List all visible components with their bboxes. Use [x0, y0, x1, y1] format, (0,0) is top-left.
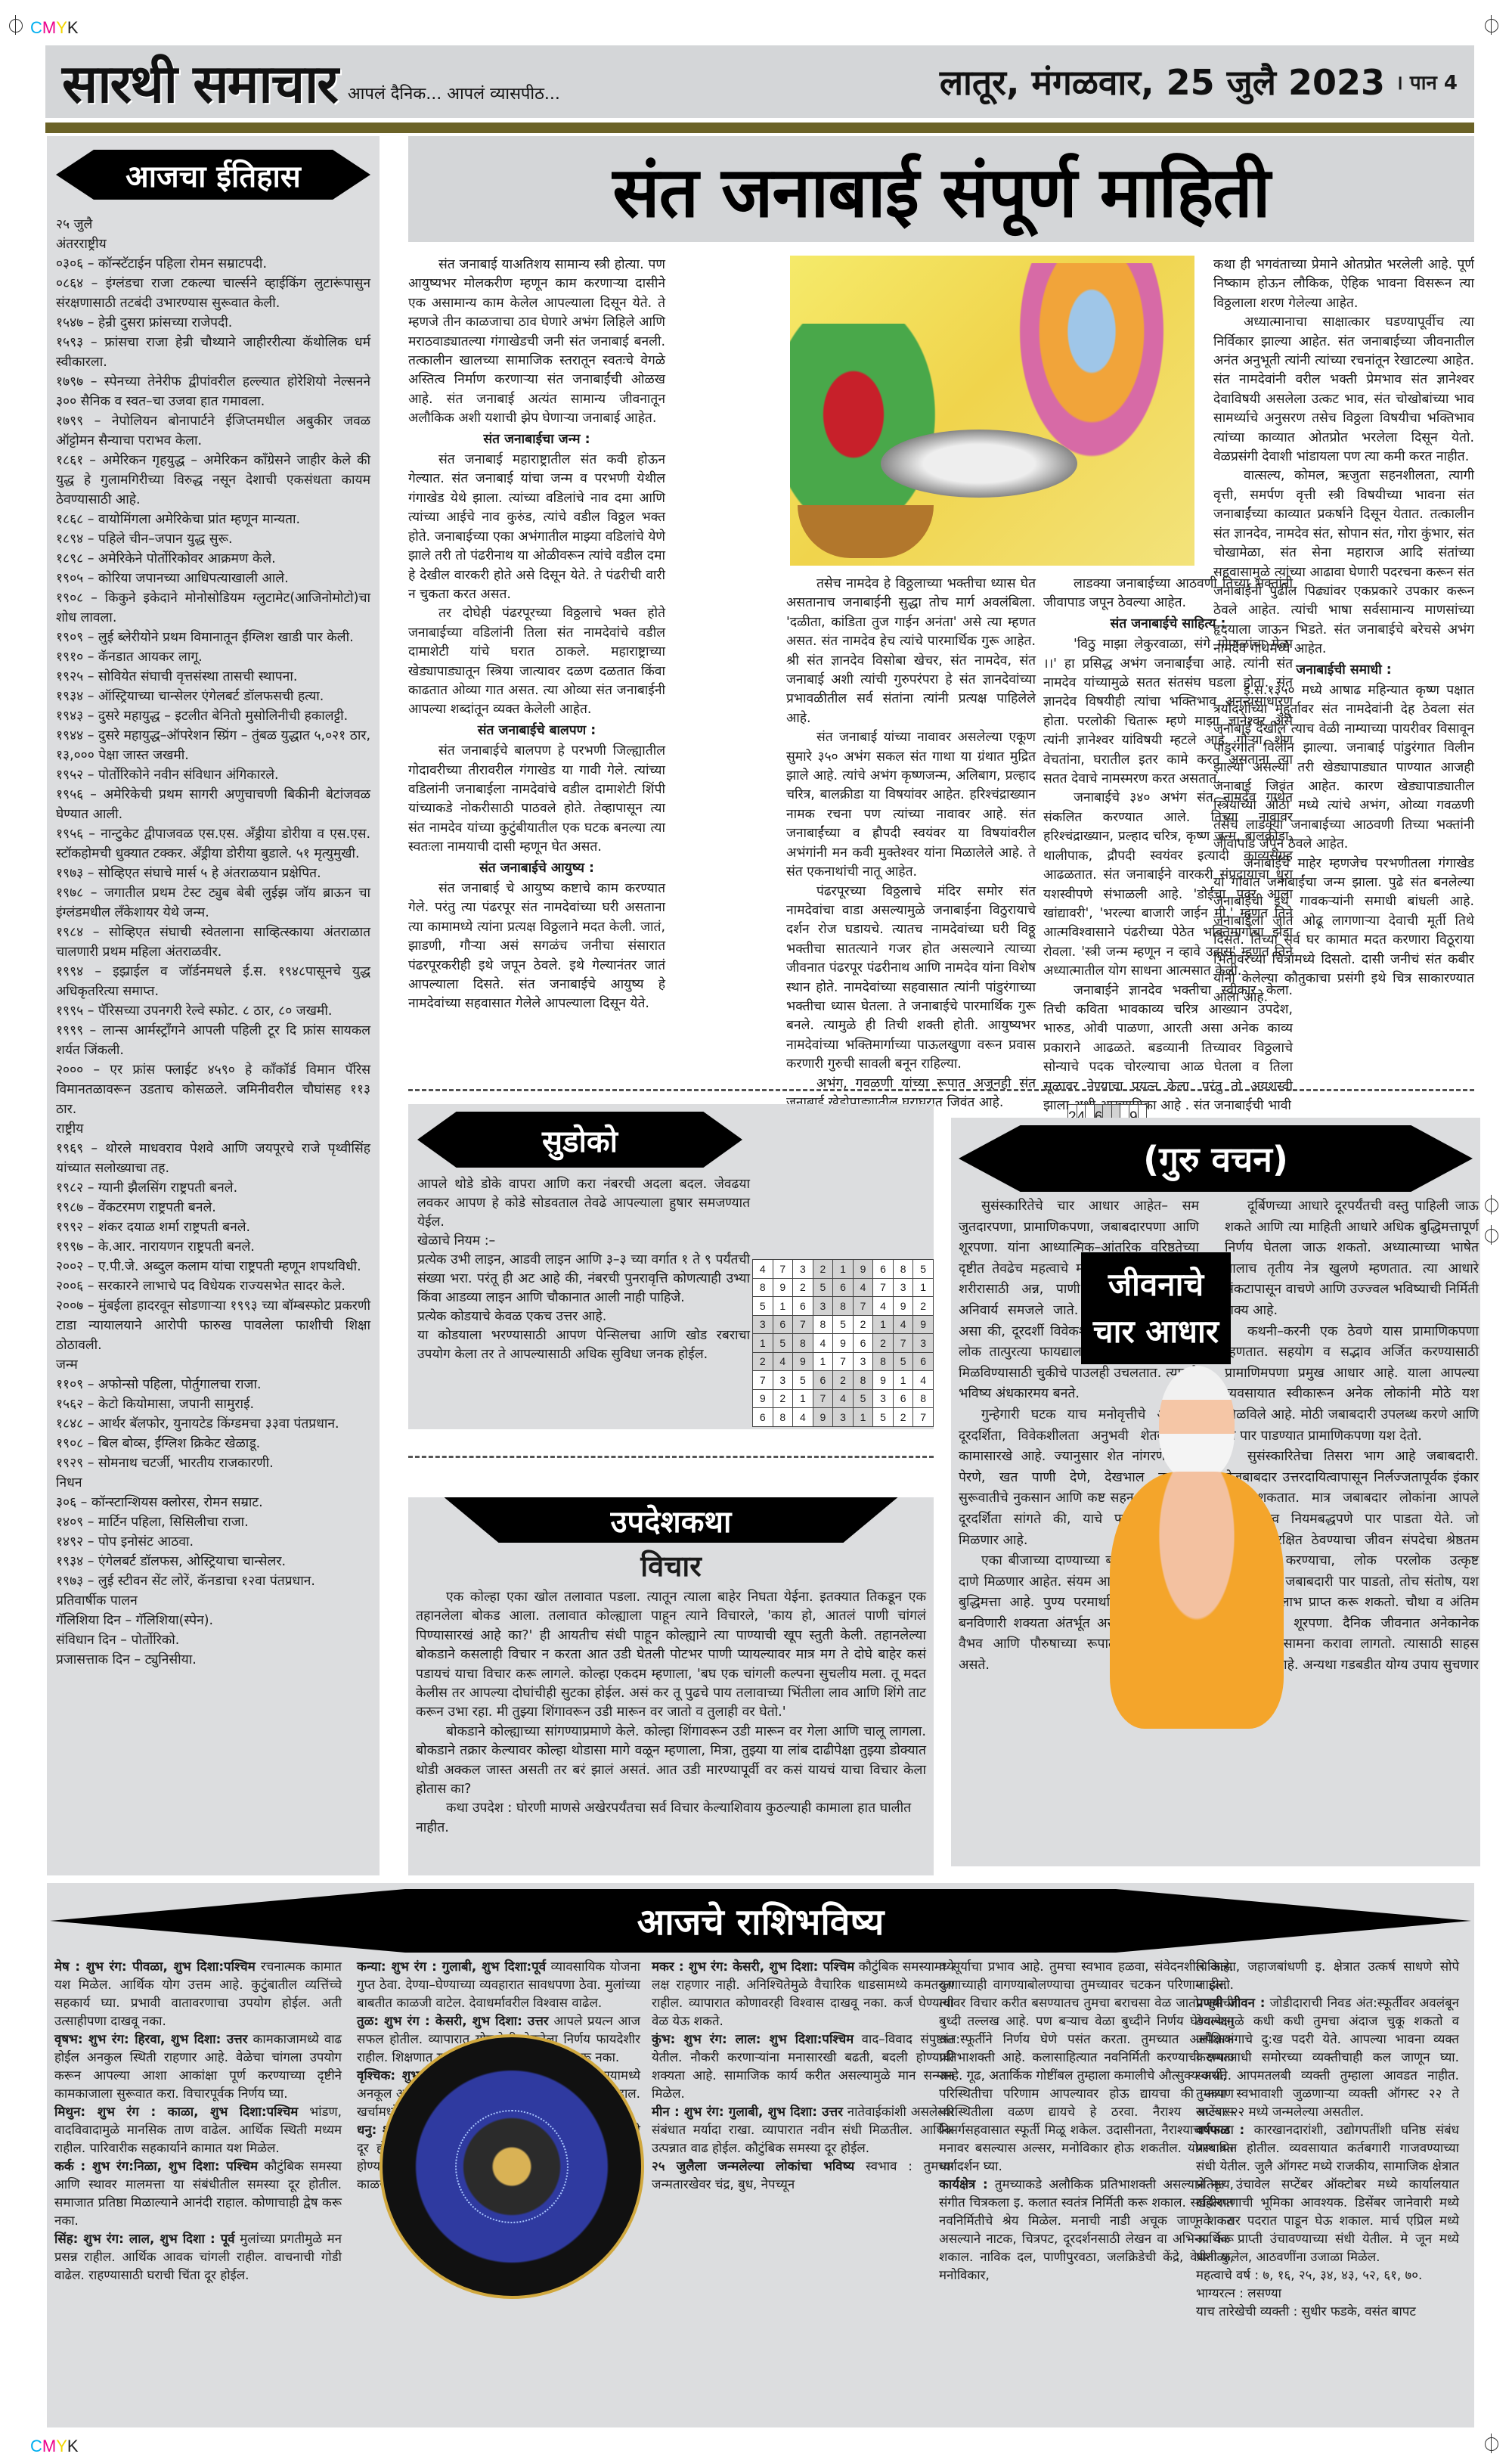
horoscope-entry: व सूर्याचा प्रभाव आहे. तुमचा स्वभाव हळवा… [939, 1957, 1234, 2084]
article-subheading: संत जनाबाईचे आयुष्य : [408, 859, 665, 878]
horoscope-entry: कार्यक्षेत्र : तुमच्याकडे अलौकिक प्रतिभा… [939, 2175, 1234, 2284]
solution-cell: 7 [773, 1260, 793, 1279]
sudoku-rules-title: खेळाचे नियम :– [417, 1232, 750, 1251]
history-item: १७९७ – स्पेनच्या तेनेरीफ द्वीपांवरील हल्… [56, 372, 370, 411]
history-item: १९४४ – दुसरे महायुद्ध–ऑपरेशन स्प्रिंग – … [56, 726, 370, 765]
story-banner: उपदेशकथा [445, 1497, 898, 1543]
article-paragraph: पंढरपूरच्या विठ्ठलाचे मंदिर समोर संत नाम… [786, 883, 1036, 1075]
history-item: गॅलिशिया दिन – गॅलिशिया(स्पेन). [56, 1611, 370, 1630]
story-body: एक कोल्हा एका खोल तलावात पडला. त्यातून त… [416, 1588, 926, 1723]
solution-cell: 4 [813, 1334, 833, 1353]
solution-cell: 1 [873, 1315, 894, 1334]
horoscope-entry: वर्षफळ : कारखानदारांशी, उद्योगपतींशी घनि… [1196, 2120, 1459, 2266]
horoscope-sign-heading: वृषभ: शुभ रंग: हिरवा, शुभ दिशा: उत्तर [54, 2031, 248, 2046]
solution-cell: 1 [753, 1334, 773, 1353]
grinding-stone [881, 430, 1077, 498]
horoscope-text: जोडीदाराची निवड अंत:स्फूर्तीवर अवलंबून ठ… [1196, 1995, 1459, 2119]
registration-mark-icon [1482, 2434, 1501, 2453]
horoscope-entry: भाग्यरत्न : लसण्या [1196, 2284, 1459, 2302]
solution-cell: 3 [833, 1408, 854, 1427]
horoscope-entry: मेष : शुभ रंग: पीवळा, शुभ दिशा:पश्चिम रच… [54, 1957, 342, 2030]
sage-body [1110, 1472, 1284, 1729]
horoscope-sign-heading: कन्या: शुभ रंग : गुलाबी, शुभ दिशा:पूर्व [357, 1959, 546, 1974]
solution-cell: 6 [793, 1297, 813, 1316]
horoscope-sign-heading: मकर : शुभ रंग: केसरी, शुभ दिशा: पश्चिम [652, 1959, 854, 1974]
solution-cell: 7 [833, 1352, 854, 1371]
solution-cell: 8 [873, 1352, 894, 1371]
solution-cell: 2 [873, 1334, 894, 1353]
sudoku-rule: प्रत्येक कोडयाचे केवळ एकच उत्तर आहे. [417, 1308, 750, 1326]
solution-cell: 6 [773, 1315, 793, 1334]
page-number: । पान 4 [1396, 68, 1458, 95]
horoscope-text: परिस्थितीचा परिणाम आपल्यावर होऊ द्यायचा … [939, 2086, 1234, 2173]
history-item: १९४३ – दुसरे महायुद्ध – इटलीत बेनितो मुस… [56, 706, 370, 726]
solution-cell: 5 [913, 1260, 934, 1279]
solution-cell: 2 [853, 1315, 873, 1334]
sudoku-banner: सुडोको [417, 1112, 742, 1168]
solution-cell: 3 [893, 1278, 913, 1297]
horoscope-sign-heading: तुळ: शुभ रंग : केसरी, शुभ दिशा: उत्तर [357, 2013, 549, 2028]
solution-cell: 9 [873, 1371, 894, 1390]
story-title: विचार [416, 1546, 926, 1585]
solution-cell: 8 [773, 1408, 793, 1427]
horoscope-text: कारखानदारांशी, उद्योगपतींशी घनिष्ठ संबंध… [1196, 2122, 1459, 2264]
history-item: २००६ – सरकारने लाभाचे पद विधेयक राज्यसभे… [56, 1277, 370, 1296]
guru-title: (गुरु वचन) [1143, 1135, 1288, 1182]
solution-cell: 8 [793, 1334, 813, 1353]
sudoku-title: सुडोको [542, 1119, 618, 1161]
history-item: १८६१ – अमेरिकन गृहयुद्ध – अमेरिकन काँग्र… [56, 451, 370, 510]
solution-cell: 7 [873, 1278, 894, 1297]
solution-cell: 5 [833, 1315, 854, 1334]
history-item: १८६८ – वायोमिंगला अमेरिकेचा प्रांत म्हणू… [56, 510, 370, 529]
article-paragraph: तसेच नामदेव हे विठ्ठलाच्या भक्तीचा ध्यास… [786, 575, 1036, 728]
horoscope-sign-heading: मीन : शुभ रंग: गुलाबी, शुभ दिशा: उत्तर [652, 2104, 843, 2119]
article-paragraph: संत जनाबाईचे बालपण हे परभणी जिल्ह्यातील … [408, 742, 665, 857]
solution-cell: 8 [893, 1260, 913, 1279]
history-item: संविधान दिन – पोर्तोरिको. [56, 1630, 370, 1650]
horoscope-entry: कर्क : शुभ रंग:निळा, शुभ दिशा: पश्चिम कौ… [54, 2157, 342, 2229]
zodiac-wheel-illustration [380, 2034, 644, 2299]
history-item: १९८७ – वेंकटरमण राष्ट्रपती बनले. [56, 1198, 370, 1218]
solution-cell: 2 [773, 1389, 793, 1408]
solution-cell: 3 [913, 1334, 934, 1353]
section-divider [408, 1456, 934, 1458]
history-item: १९०९ – लुई ब्लेरीयोने प्रथम विमानातून ईं… [56, 628, 370, 647]
solution-cell: 8 [913, 1389, 934, 1408]
horoscope-entry: कुंभ: शुभ रंग: लाल: शुभ दिशा:पश्चिम वाद–… [652, 2030, 954, 2102]
solution-cell: 6 [813, 1371, 833, 1390]
registration-mark-icon [1482, 1195, 1501, 1214]
horoscope-text: व सूर्याचा प्रभाव आहे. तुमचा स्वभाव हळवा… [939, 1959, 1234, 2083]
history-item: १५९३ – फ्रांसचा राजा हेन्री चौथ्याने जाह… [56, 333, 370, 372]
history-item: निधन [56, 1473, 370, 1493]
history-item: १९९४ – इझ्राईल व जॉर्डनमधले ई.स. १९४८पास… [56, 962, 370, 1001]
article-paragraph: अध्यात्मानाचा साक्षात्कार घडण्यापूर्वीच … [1213, 313, 1474, 467]
solution-cell: 5 [853, 1389, 873, 1408]
article-subheading: जनाबाईची समाधी : [1213, 661, 1474, 680]
history-item: १८४८ – आर्थर बॅलफोर, युनायटेड किंग्डमचा … [56, 1414, 370, 1434]
history-item: ११०९ – अफोन्सो पहिला, पोर्तुगालचा राजा. [56, 1375, 370, 1394]
sudoku-panel: सुडोको आपले थोडे डोके वापरा आणि करा नंबर… [408, 1104, 934, 1429]
article-paragraph: तर दोघेही पंढरपूरच्या विठ्ठलाचे भक्त होत… [408, 604, 665, 719]
history-item: राष्ट्रीय [56, 1119, 370, 1139]
solution-cell: 6 [853, 1334, 873, 1353]
article-illustration [790, 256, 1194, 566]
solution-cell: 6 [753, 1408, 773, 1427]
horoscope-entry: प्रणयी जीवन : जोडीदाराची निवड अंत:स्फूर्… [1196, 1993, 1459, 2120]
masthead: सारथी समाचार आपलं दैनिक... आपलं व्यासपीठ… [45, 45, 1474, 118]
history-item: ३०६ – कॉन्स्टान्शियस क्लोरस, रोमन सम्राट… [56, 1493, 370, 1512]
article-paragraph: संत जनाबाई यांच्या नावावर असलेल्या एकूण … [786, 728, 1036, 882]
solution-cell: 8 [813, 1315, 833, 1334]
history-item: १९९५ – पॅरिसच्या उपनगरी रेल्वे स्फोट. ८ … [56, 1001, 370, 1021]
horoscope-entry: मकर : शुभ रंग: केसरी, शुभ दिशा: पश्चिम क… [652, 1957, 954, 2030]
history-item: १९६९ – थोरले माधवराव पेशवे आणि जयपूरचे र… [56, 1139, 370, 1178]
solution-cell: 7 [753, 1371, 773, 1390]
history-item: १९५६ – अमेरिकेची प्रथम सागरी अणुचाचणी बि… [56, 785, 370, 824]
solution-cell: 9 [753, 1389, 773, 1408]
horoscope-text: महत्वाचे वर्ष : ७, १६, २५, ३४, ४३, ५२, ६… [1196, 2267, 1422, 2282]
newspaper-logo: सारथी समाचार [62, 45, 337, 118]
history-item: प्रजासत्ताक दिन – ट्युनिसीया. [56, 1650, 370, 1670]
guru-box-title-line2: चार आधार [1081, 1308, 1231, 1355]
guru-title-box: जीवनाचे चार आधार [1081, 1252, 1231, 1364]
solution-cell: 7 [813, 1389, 833, 1408]
history-item: १९८४ – सोव्हिएत संघाची स्वेतलाना साव्हित… [56, 923, 370, 962]
horoscope-panel: आजचे राशिभविष्य मेष : शुभ रंग: पीवळा, शु… [47, 1883, 1474, 2427]
history-list: २५ जुलैअंतरराष्ट्रीय०३०६ – कॉन्स्टॅटाईन … [56, 215, 370, 1670]
horoscope-text: तुमच्याकडे अलौकिक प्रतिभाशक्ती असल्याने … [939, 2176, 1234, 2282]
horoscope-entry: महत्वाचे वर्ष : ७, १६, २५, ३४, ४३, ५२, ६… [1196, 2266, 1459, 2284]
solution-cell: 4 [913, 1371, 934, 1390]
history-title: आजचा ईतिहास [125, 154, 301, 196]
solution-cell: 2 [833, 1371, 854, 1390]
solution-cell: 1 [833, 1260, 854, 1279]
headline-box: संत जनाबाई संपूर्ण माहिती [408, 136, 1474, 242]
history-item: २५ जुलै [56, 215, 370, 234]
solution-cell: 1 [913, 1278, 934, 1297]
horoscope-text: चिकित्सा, जहाजबांधणी इ. क्षेत्रात उत्कर्… [1196, 1959, 1459, 1992]
horoscope-sign-heading: कुंभ: शुभ रंग: लाल: शुभ दिशा:पश्चिम [652, 2031, 854, 2046]
solution-cell: 7 [913, 1408, 934, 1427]
horoscope-sign-heading: प्रणयी जीवन : [1196, 1995, 1265, 2010]
history-item: प्रतिवार्षीक पालन [56, 1591, 370, 1611]
horoscope-column-5: चिकित्सा, जहाजबांधणी इ. क्षेत्रात उत्कर्… [1196, 1957, 1459, 2320]
masthead-divider [45, 123, 1474, 133]
solution-cell: 8 [753, 1278, 773, 1297]
history-item: ०३०६ – कॉन्स्टॅटाईन पहिला रोमन सम्राटपदी… [56, 254, 370, 274]
cmyk-print-mark: CMYK [30, 18, 79, 38]
history-item: १९१० – कॅनडात आयकर लागू. [56, 647, 370, 667]
sudoku-solution-grid: 4732196858925647315163874923678521491584… [752, 1259, 934, 1427]
history-item: १७९९ – नेपोलियन बोनापार्टने ईजिप्तमधील अ… [56, 411, 370, 451]
horoscope-sign-heading: वर्षफळ : [1196, 2122, 1244, 2137]
solution-cell: 7 [793, 1315, 813, 1334]
horoscope-entry: सिंह: शुभ रंग: लाल, शुभ दिशा : पूर्व मुल… [54, 2229, 342, 2284]
history-item: १९९९ – लान्स आर्मस्ट्रॉंगने आपली पहिली ट… [56, 1021, 370, 1060]
history-item: १९२९ – सोमनाथ चटर्जी, भारतीय राजकारणी. [56, 1453, 370, 1473]
horoscope-column-1: मेष : शुभ रंग: पीवळा, शुभ दिशा:पश्चिम रच… [54, 1957, 342, 2284]
article-paragraph: जनाबाईंचे माहेर म्हणजेच परभणीतला गंगाखेड… [1213, 855, 1474, 1008]
solution-cell: 3 [813, 1297, 833, 1316]
sage-head [1159, 1366, 1235, 1479]
story-panel: उपदेशकथा विचार एक कोल्हा एका खोल तलावात … [408, 1497, 934, 1875]
solution-cell: 4 [853, 1278, 873, 1297]
solution-cell: 2 [753, 1352, 773, 1371]
solution-cell: 9 [913, 1315, 934, 1334]
solution-cell: 9 [833, 1334, 854, 1353]
history-item: १४९२ – पोप इनोसंट आठवा. [56, 1532, 370, 1552]
solution-cell: 9 [773, 1278, 793, 1297]
section-divider [408, 1089, 1474, 1091]
solution-cell: 9 [813, 1408, 833, 1427]
horoscope-entry: वृषभ: शुभ रंग: हिरवा, शुभ दिशा: उत्तर का… [54, 2030, 342, 2102]
history-item: १९०८ – बिल बोव्स, ईंग्लिश क्रिकेट खेळाडू… [56, 1434, 370, 1453]
article-subheading: संत जनाबाईचा जन्म : [408, 430, 665, 449]
registration-mark-icon [6, 15, 26, 35]
horoscope-entry: चिकित्सा, जहाजबांधणी इ. क्षेत्रात उत्कर्… [1196, 1957, 1459, 1993]
history-item: १८९८ – अमेरिकेने पोर्तोरिकोवर आक्रमण केल… [56, 549, 370, 569]
solution-cell: 3 [853, 1352, 873, 1371]
article-paragraph: संत जनाबाई याअतिशय सामान्य स्त्री होत्या… [408, 256, 665, 429]
history-item: १९०५ – कोरिया जपानच्या आधिपत्याखाली आले. [56, 569, 370, 588]
history-panel: आजचा ईतिहास २५ जुलैअंतरराष्ट्रीय०३०६ – क… [47, 136, 380, 1875]
horoscope-column-3: मकर : शुभ रंग: केसरी, शुभ दिशा: पश्चिम क… [652, 1957, 954, 2193]
registration-mark-icon [1482, 1225, 1501, 1245]
horoscope-banner: आजचे राशिभविष्य [50, 1889, 1471, 1953]
history-item: १९७३ – सोव्हिएत संघाचे मार्स ५ हे अंतराळ… [56, 864, 370, 883]
solution-cell: 1 [813, 1352, 833, 1371]
solution-cell: 6 [913, 1352, 934, 1371]
solution-cell: 4 [873, 1297, 894, 1316]
solution-cell: 5 [893, 1352, 913, 1371]
article-paragraph: संत जनाबाई चे आयुष्य कष्टाचे काम करण्यात… [408, 879, 665, 1014]
solution-cell: 4 [833, 1389, 854, 1408]
registration-mark-icon [1482, 15, 1501, 35]
sudoku-intro: आपले थोडे डोके वापरा आणि करा नंबरची अदला… [417, 1175, 750, 1232]
horoscope-text: भाग्यरत्न : लसण्या [1196, 2285, 1281, 2300]
history-item: १९२५ – सोवियेत संघाची वृत्तसंस्था तासची … [56, 667, 370, 687]
article-column-1: संत जनाबाई याअतिशय सामान्य स्त्री होत्या… [408, 256, 665, 1080]
horoscope-text: याच तारेखेची व्यक्ती : सुधीर फडके, वसंत … [1196, 2303, 1416, 2319]
story-body-2: बोकडाने कोल्ह्याच्या सांगण्याप्रमाणे केल… [416, 1723, 926, 1800]
horoscope-sign-heading: मेष : शुभ रंग: पीवळा, शुभ दिशा:पश्चिम [54, 1959, 256, 1974]
solution-cell: 3 [793, 1260, 813, 1279]
history-item: १९८२ – ग्यानी झैलसिंग राष्ट्रपती बनले. [56, 1178, 370, 1198]
cmyk-print-mark: CMYK [30, 2437, 79, 2456]
horoscope-entry: कन्या: शुभ रंग : गुलाबी, शुभ दिशा:पूर्व … [357, 1957, 640, 2012]
guru-vachan-panel: (गुरु वचन) सुसंस्कारितेचे चार आधार आहेत–… [951, 1118, 1480, 1866]
solution-cell: 4 [793, 1408, 813, 1427]
history-banner: आजचा ईतिहास [56, 150, 370, 200]
sudoku-rule: प्रत्येक उभी लाइन, आडवी लाइन आणि ३–३ च्य… [417, 1251, 750, 1308]
solution-cell: 8 [833, 1297, 854, 1316]
solution-cell: 7 [893, 1334, 913, 1353]
horoscope-title: आजचे राशिभविष्य [637, 1897, 885, 1946]
solution-cell: 3 [773, 1371, 793, 1390]
horoscope-entry: परिस्थितीचा परिणाम आपल्यावर होऊ द्यायचा … [939, 2084, 1234, 2175]
solution-cell: 3 [753, 1315, 773, 1334]
history-item: १९५२ – पोर्तोरिकोने नवीन संविधान अंगिकार… [56, 765, 370, 785]
horoscope-sign-heading: कार्यक्षेत्र : [939, 2176, 988, 2192]
horoscope-sign-heading: कर्क : शुभ रंग:निळा, शुभ दिशा: पश्चिम [54, 2158, 258, 2173]
horoscope-entry: २५ जुलैला जन्मलेल्या लोकांचा भविष्य स्वभ… [652, 2157, 954, 2193]
history-item: २००० – एर फ्रांस फ्लाईट ४५९० हे कॉंकॉर्ड… [56, 1060, 370, 1119]
horoscope-entry: मीन : शुभ रंग: गुलाबी, शुभ दिशा: उत्तर न… [652, 2102, 954, 2157]
solution-cell: 9 [893, 1297, 913, 1316]
solution-cell: 4 [753, 1260, 773, 1279]
history-item: १९९७ – के.आर. नारायणन राष्ट्रपती बनले. [56, 1237, 370, 1257]
history-item: १५४७ – हेन्री दुसरा फ्रांसच्या राजेपदी. [56, 313, 370, 333]
article-paragraph: इ.स.१३५० मध्ये आषाढ महिन्यात कृष्ण पक्षा… [1213, 681, 1474, 855]
solution-cell: 1 [853, 1408, 873, 1427]
horoscope-sign-heading: मिथुन: शुभ रंग : काळा, शुभ दिशा:पश्चिम [54, 2104, 298, 2119]
article-column-4: कथा ही भगवंताच्या प्रेमाने ओतप्रोत भरलेल… [1213, 256, 1474, 1080]
solution-cell: 1 [893, 1371, 913, 1390]
solution-cell: 5 [813, 1278, 833, 1297]
solution-cell: 9 [853, 1260, 873, 1279]
horoscope-entry: याच तारेखेची व्यक्ती : सुधीर फडके, वसंत … [1196, 2302, 1459, 2320]
history-item: १९७८ – जगातील प्रथम टेस्ट ट्युब बेबी लुई… [56, 883, 370, 923]
tagline: आपलं दैनिक... आपलं व्यासपीठ... [348, 82, 560, 104]
solution-cell: 6 [873, 1260, 894, 1279]
solution-cell: 2 [893, 1408, 913, 1427]
sudoku-instructions: आपले थोडे डोके वापरा आणि करा नंबरची अदला… [417, 1175, 750, 1364]
history-item: १९९२ – शंकर दयाळ शर्मा राष्ट्रपती बनले. [56, 1218, 370, 1237]
history-item: १९५६ – नान्टुकेट द्वीपाजवळ एस.एस. अँड्री… [56, 824, 370, 864]
solution-cell: 1 [773, 1297, 793, 1316]
solution-cell: 9 [793, 1352, 813, 1371]
article-paragraph: कथा ही भगवंताच्या प्रेमाने ओतप्रोत भरलेल… [1213, 256, 1474, 313]
article-headline: संत जनाबाई संपूर्ण माहिती [612, 142, 1269, 237]
history-item: १४०९ – मार्टिन पहिला, सिसिलीचा राजा. [56, 1512, 370, 1532]
solution-cell: 5 [793, 1371, 813, 1390]
solution-cell: 7 [853, 1297, 873, 1316]
article-paragraph: संत जनाबाई महाराष्ट्रातील संत कवी होऊन ग… [408, 451, 665, 604]
meditating-sage-illustration [1095, 1358, 1299, 1744]
history-item: १९३४ – एंगेलबर्ट डॉलफस, ओस्ट्रियाचा चान्… [56, 1552, 370, 1571]
solution-cell: 2 [793, 1278, 813, 1297]
history-item: १९३४ – ऑस्ट्रियाच्या चान्सेलर एंगेलबर्ट … [56, 687, 370, 706]
guru-banner: (गुरु वचन) [959, 1125, 1473, 1192]
dateline: लातूर, मंगळवार, 25 जुलै 2023 [940, 58, 1385, 105]
solution-cell: 2 [813, 1260, 833, 1279]
solution-cell: 3 [873, 1389, 894, 1408]
history-item: अंतरराष्ट्रीय [56, 234, 370, 254]
sudoku-rule: या कोडयाला भरण्यासाठी आपण पेन्सिलचा आणि … [417, 1326, 750, 1364]
story-moral: कथा उपदेश : घोरणी माणसे अखेरपर्यंतचा सर्… [416, 1799, 926, 1838]
history-item: २००२ – ए.पी.जे. अब्दुल कलाम यांचा राष्ट्… [56, 1257, 370, 1277]
solution-cell: 6 [833, 1278, 854, 1297]
history-item: १५६२ – केटो कियोमासा, जपानी सामुराई. [56, 1394, 370, 1414]
history-item: १९०८ – किकुने इकेदाने मोनोसोडियम ग्लुटाम… [56, 588, 370, 628]
history-item: १८९४ – पहिले चीन–जपान युद्ध सुरू. [56, 529, 370, 549]
story-section-title: उपदेशकथा [611, 1500, 732, 1541]
guru-box-title-line1: जीवनाचे [1081, 1261, 1231, 1308]
solution-cell: 8 [853, 1371, 873, 1390]
horoscope-sign-heading: सिंह: शुभ रंग: लाल, शुभ दिशा : पूर्व [54, 2231, 235, 2246]
solution-cell: 4 [893, 1315, 913, 1334]
solution-cell: 4 [773, 1352, 793, 1371]
history-item: ०८६४ – इंग्लंडचा राजा टकल्या चार्ल्सने व… [56, 274, 370, 313]
article-column-2: तसेच नामदेव हे विठ्ठलाच्या भक्तीचा ध्यास… [786, 575, 1036, 1080]
horoscope-column-4: व सूर्याचा प्रभाव आहे. तुमचा स्वभाव हळवा… [939, 1957, 1234, 2284]
history-item: जन्म [56, 1355, 370, 1375]
horoscope-entry: मिथुन: शुभ रंग : काळा, शुभ दिशा:पश्चिम भ… [54, 2102, 342, 2157]
guru-paragraph: दूर्बिणच्या आधारे दूरपर्यंतची वस्तु पाहि… [1225, 1196, 1479, 1322]
history-item: १९७३ – लुई स्टीवन सेंट लोरें, कॅनडाचा १२… [56, 1571, 370, 1591]
article-subheading: संत जनाबाईचे बालपण : [408, 721, 665, 740]
horoscope-sign-heading: २५ जुलैला जन्मलेल्या लोकांचा भविष्य [652, 2158, 854, 2173]
article-paragraph: वात्सल्य, कोमल, ऋजुता सहनशीलता, त्यागी व… [1213, 467, 1474, 659]
solution-cell: 6 [893, 1389, 913, 1408]
solution-cell: 2 [913, 1297, 934, 1316]
solution-cell: 5 [873, 1408, 894, 1427]
solution-cell: 5 [773, 1334, 793, 1353]
solution-cell: 5 [753, 1297, 773, 1316]
history-item: २००७ – मुंबईला हादरवून सोडणाऱ्या १९९३ च्… [56, 1296, 370, 1355]
solution-cell: 1 [793, 1389, 813, 1408]
